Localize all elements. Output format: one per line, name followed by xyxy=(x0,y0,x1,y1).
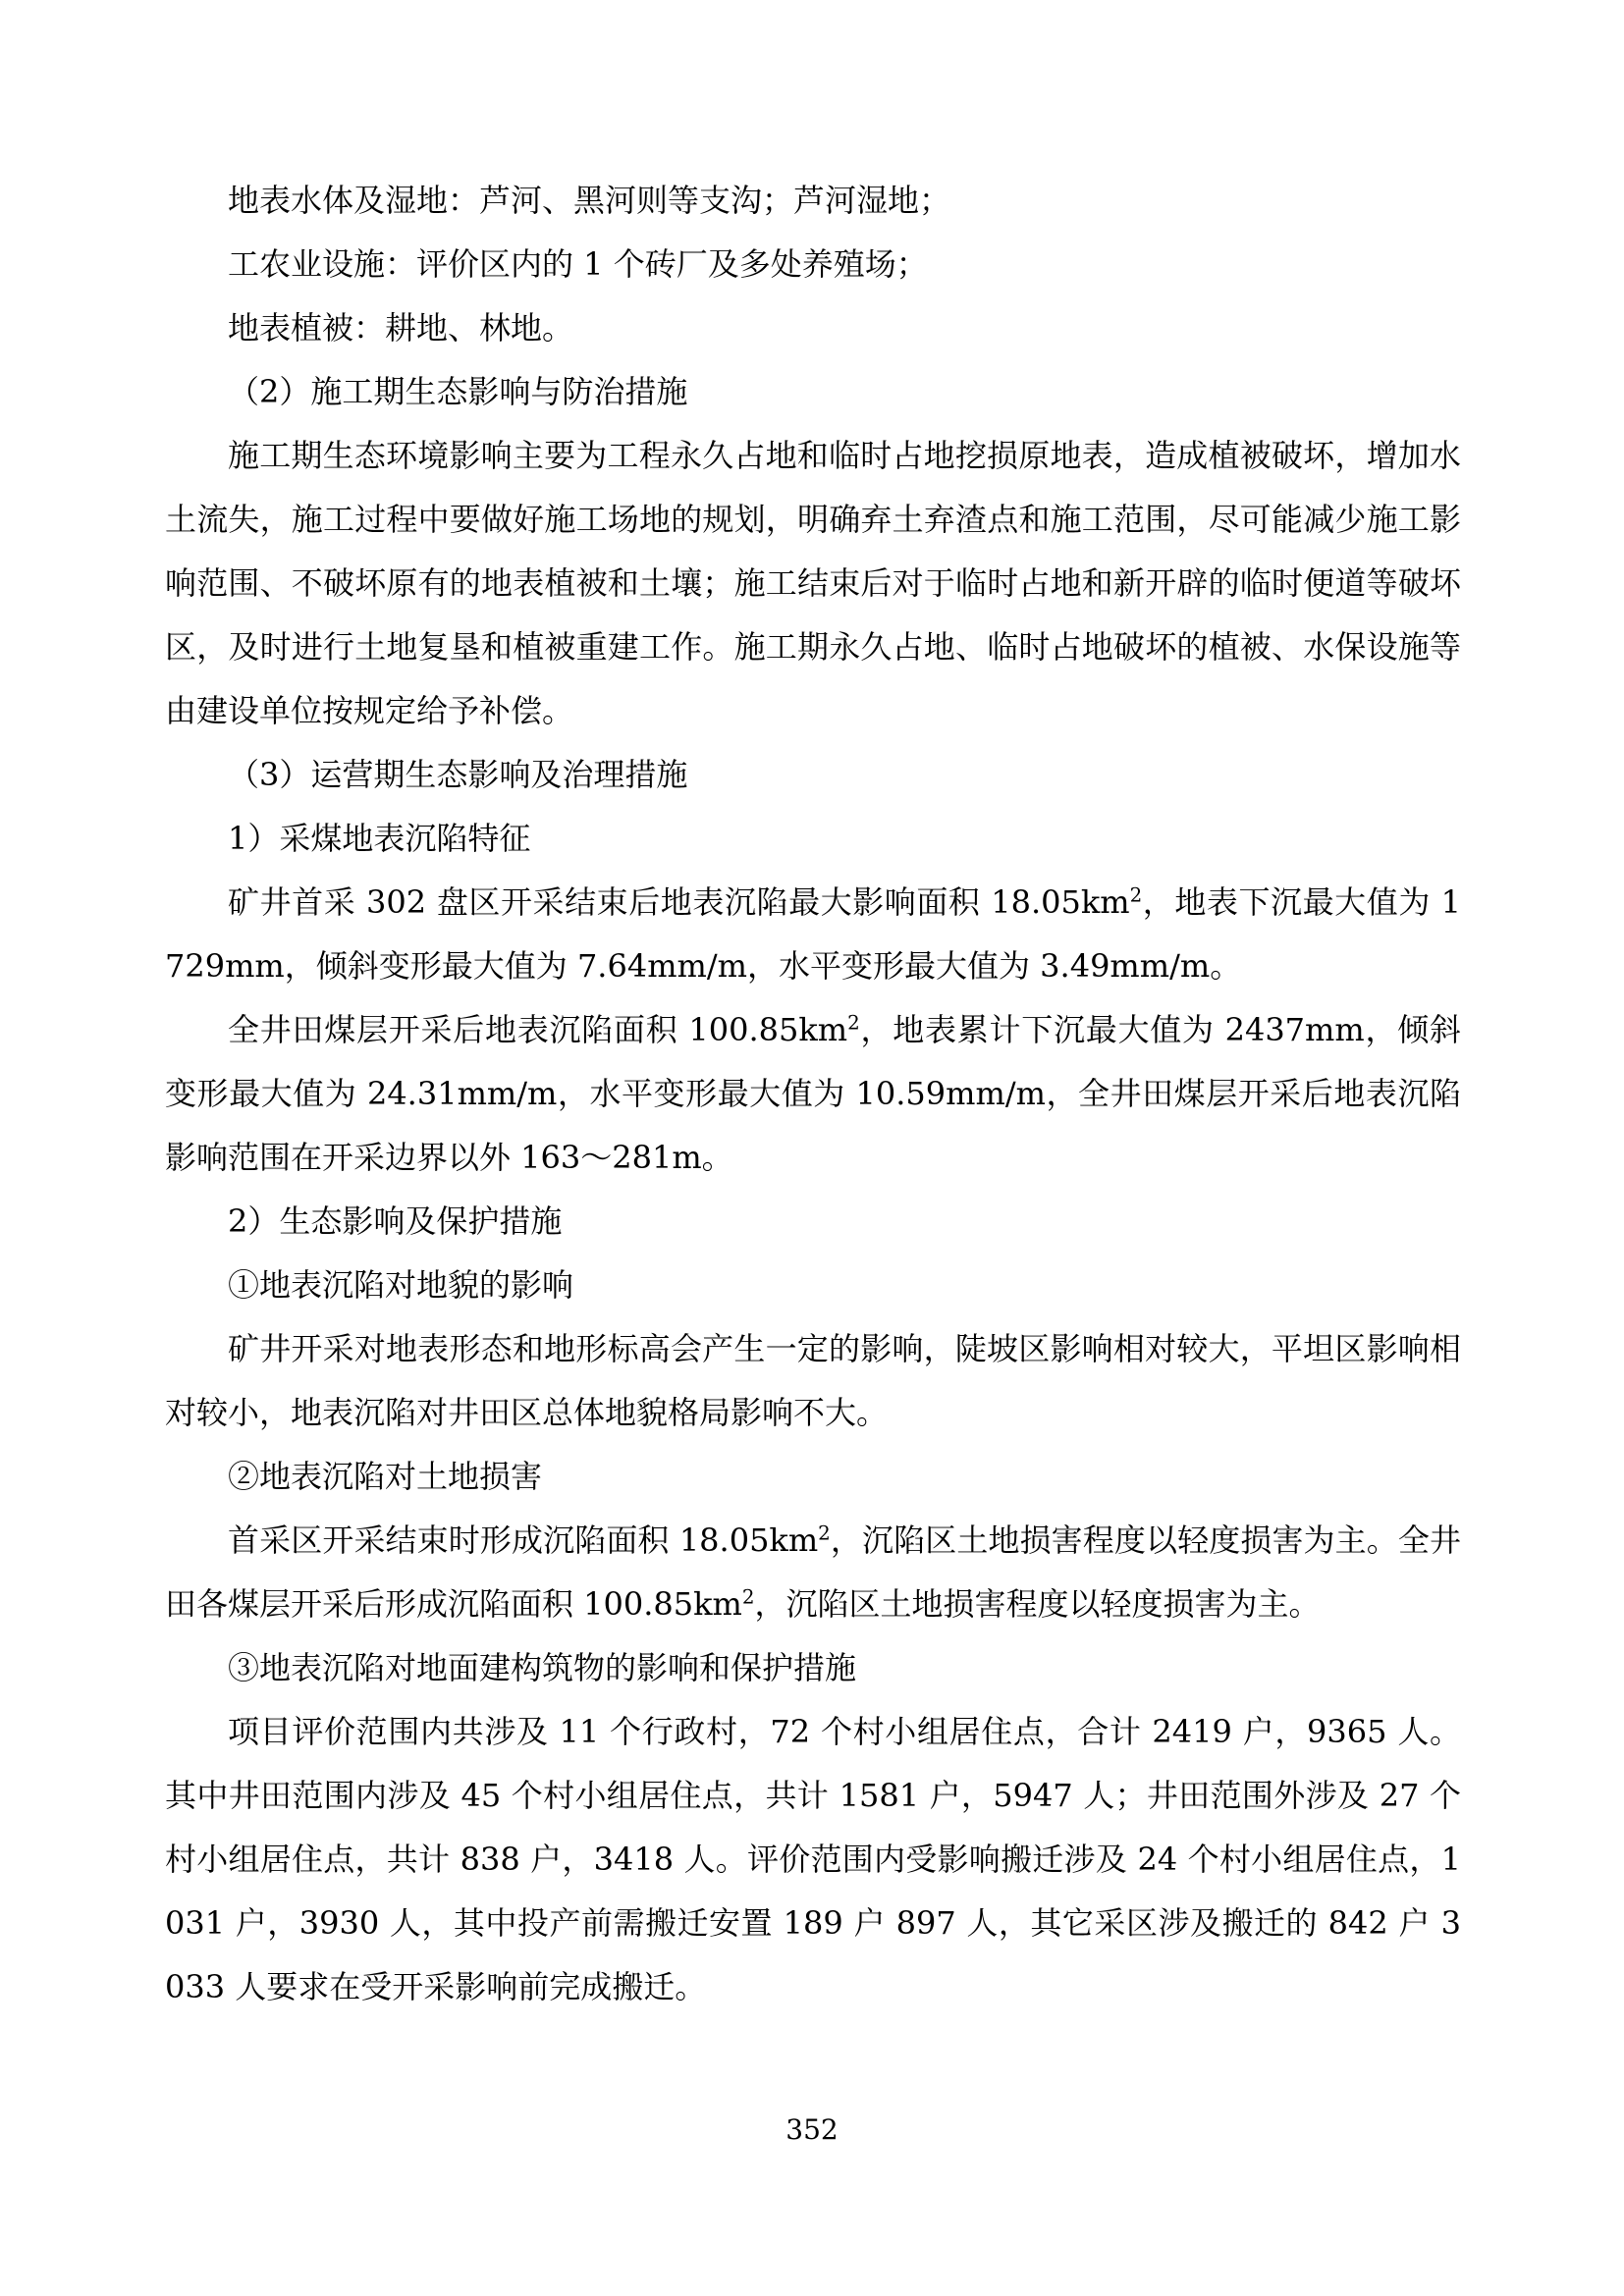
text-run: ③地表沉陷对地面建构筑物的影响和保护措施 xyxy=(228,1649,856,1686)
superscript-text: 2 xyxy=(847,1011,860,1034)
text-run: 工农业设施：评价区内的 1 个砖厂及多处养殖场； xyxy=(228,245,928,283)
para-landform-impact: 矿井开采对地表形态和地形标高会产生一定的影响，陡坡区影响相对较大，平坦区影响相对… xyxy=(165,1317,1461,1445)
superscript-text: 2 xyxy=(818,1522,831,1544)
text-run: ②地表沉陷对土地损害 xyxy=(228,1458,542,1495)
text-run: 2）生态影响及保护措施 xyxy=(228,1202,562,1240)
page-footer: 352 xyxy=(0,2110,1624,2150)
para-whole-minefield-subsidence: 全井田煤层开采后地表沉陷面积 100.85km2，地表累计下沉最大值为 2437… xyxy=(165,998,1461,1190)
page-number: 352 xyxy=(785,2113,838,2146)
heading-eco-impact-protection-measures: 2）生态影响及保护措施 xyxy=(165,1190,1461,1254)
text-run: 全井田煤层开采后地表沉陷面积 100.85km xyxy=(228,1011,847,1048)
superscript-text: 2 xyxy=(742,1585,755,1608)
line-surface-water-wetland: 地表水体及湿地：芦河、黑河则等支沟；芦河湿地； xyxy=(165,169,1461,233)
document-body: 地表水体及湿地：芦河、黑河则等支沟；芦河湿地；工农业设施：评价区内的 1 个砖厂… xyxy=(165,169,1461,2019)
text-run: （3）运营期生态影响及治理措施 xyxy=(228,756,687,793)
text-run: 1）采煤地表沉陷特征 xyxy=(228,820,530,857)
text-run: 矿井开采对地表形态和地形标高会产生一定的影响，陡坡区影响相对较大，平坦区影响相对… xyxy=(165,1330,1461,1431)
line-industry-agriculture-facilities: 工农业设施：评价区内的 1 个砖厂及多处养殖场； xyxy=(165,233,1461,296)
text-run: 项目评价范围内共涉及 11 个行政村，72 个村小组居住点，合计 2419 户，… xyxy=(165,1713,1461,2005)
heading-construction-period-eco-impact: （2）施工期生态影响与防治措施 xyxy=(165,360,1461,424)
superscript-text: 2 xyxy=(1130,883,1143,906)
text-run: ，沉陷区土地损害程度以轻度损害为主。 xyxy=(755,1585,1321,1623)
text-run: 施工期生态环境影响主要为工程永久占地和临时占地挖损原地表，造成植被破坏，增加水土… xyxy=(165,437,1461,729)
heading-subsidence-impact-on-landform: ①地表沉陷对地貌的影响 xyxy=(165,1254,1461,1317)
text-run: ①地表沉陷对地貌的影响 xyxy=(228,1266,573,1304)
heading-subsidence-impact-on-buildings: ③地表沉陷对地面建构筑物的影响和保护措施 xyxy=(165,1636,1461,1700)
para-land-damage: 首采区开采结束时形成沉陷面积 18.05km2，沉陷区土地损害程度以轻度损害为主… xyxy=(165,1509,1461,1636)
para-first-mining-district-subsidence: 矿井首采 302 盘区开采结束后地表沉陷最大影响面积 18.05km2，地表下沉… xyxy=(165,871,1461,998)
document-page: 地表水体及湿地：芦河、黑河则等支沟；芦河湿地；工农业设施：评价区内的 1 个砖厂… xyxy=(0,0,1624,2296)
heading-operation-period-eco-impact: （3）运营期生态影响及治理措施 xyxy=(165,743,1461,807)
text-run: 地表植被：耕地、林地。 xyxy=(228,309,573,347)
line-surface-vegetation: 地表植被：耕地、林地。 xyxy=(165,296,1461,360)
text-run: 矿井首采 302 盘区开采结束后地表沉陷最大影响面积 18.05km xyxy=(228,883,1130,921)
heading-subsidence-characteristics: 1）采煤地表沉陷特征 xyxy=(165,807,1461,871)
heading-subsidence-impact-on-land: ②地表沉陷对土地损害 xyxy=(165,1445,1461,1509)
text-run: 首采区开采结束时形成沉陷面积 18.05km xyxy=(228,1522,818,1559)
text-run: （2）施工期生态影响与防治措施 xyxy=(228,373,687,410)
para-villages-resettlement: 项目评价范围内共涉及 11 个行政村，72 个村小组居住点，合计 2419 户，… xyxy=(165,1700,1461,2019)
text-run: 地表水体及湿地：芦河、黑河则等支沟；芦河湿地； xyxy=(228,182,950,219)
para-construction-period-impact: 施工期生态环境影响主要为工程永久占地和临时占地挖损原地表，造成植被破坏，增加水土… xyxy=(165,424,1461,743)
